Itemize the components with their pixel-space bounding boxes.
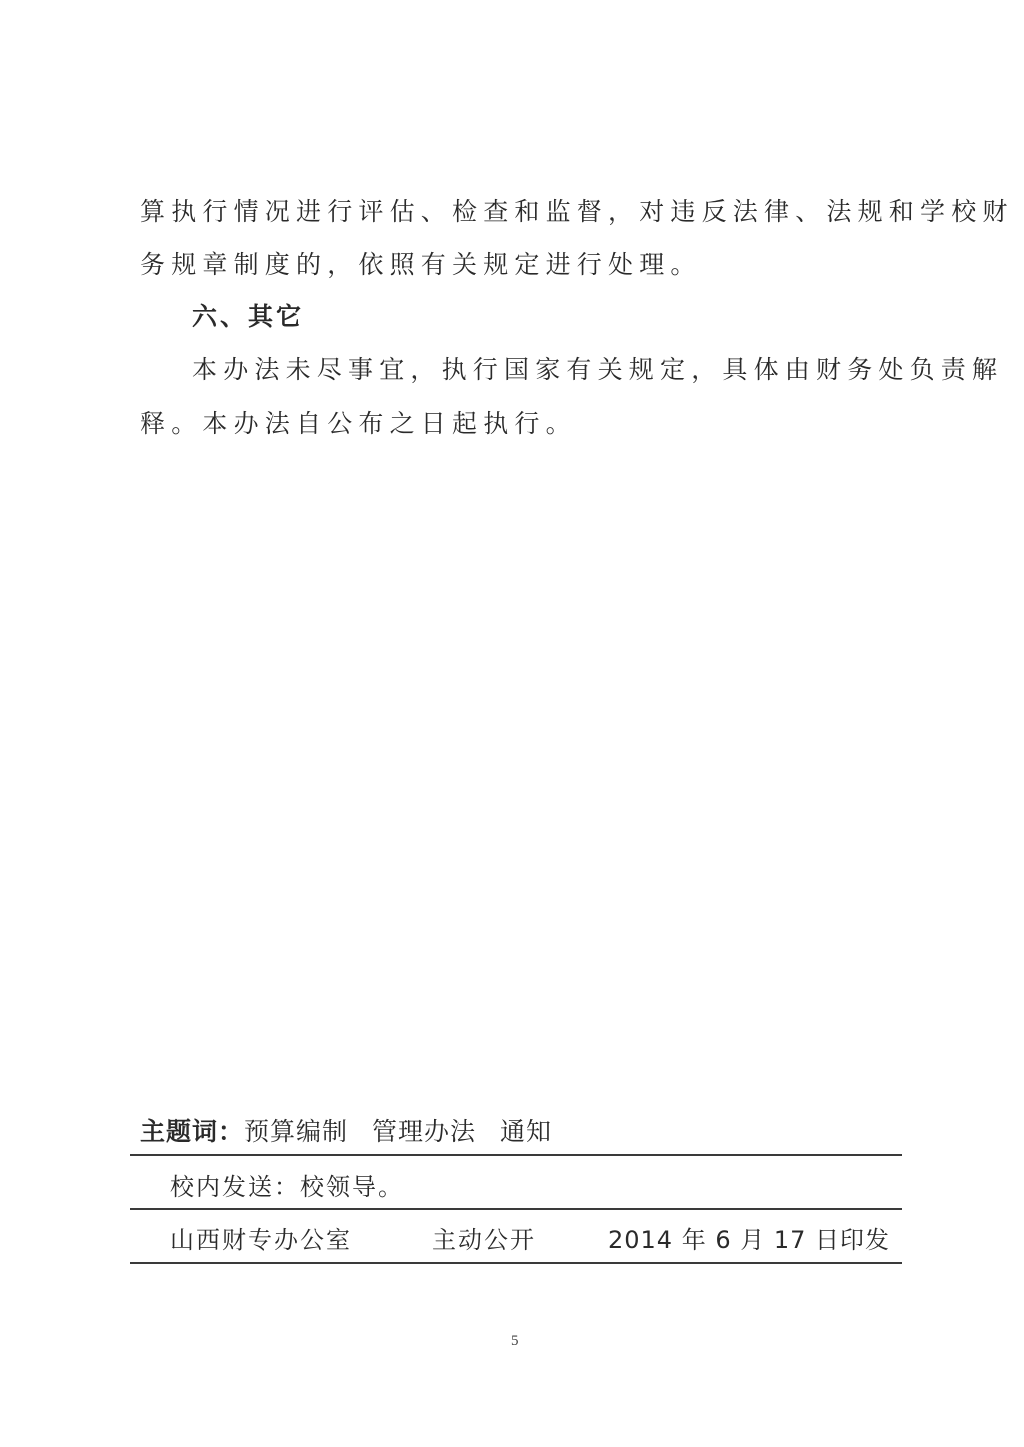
distribution: 校内发送：校领导。 bbox=[170, 1167, 404, 1202]
section-line-2: 释。本办法自公布之日起执行。 bbox=[140, 404, 577, 440]
divider bbox=[130, 1154, 902, 1156]
issue-date: 2014 年 6 月 17 日印发 bbox=[608, 1220, 890, 1255]
section-heading: 六、其它 bbox=[192, 297, 304, 333]
page-number: 5 bbox=[511, 1333, 519, 1350]
keyword: 预算编制 bbox=[244, 1117, 348, 1146]
section-line-1: 本办法未尽事宜，执行国家有关规定，具体由财务处负责解 bbox=[192, 350, 1003, 386]
keywords-row: 主题词：预算编制管理办法通知 bbox=[140, 1112, 552, 1148]
disclosure: 主动公开 bbox=[432, 1220, 536, 1255]
keywords-label: 主题词： bbox=[140, 1117, 244, 1146]
keyword: 通知 bbox=[500, 1117, 552, 1146]
divider bbox=[130, 1262, 902, 1264]
divider bbox=[130, 1208, 902, 1210]
keyword: 管理办法 bbox=[372, 1117, 476, 1146]
body-line-2: 务规章制度的，依照有关规定进行处理。 bbox=[140, 245, 702, 281]
issuer: 山西财专办公室 bbox=[170, 1220, 352, 1255]
body-line-1: 算执行情况进行评估、检查和监督，对违反法律、法规和学校财 bbox=[140, 192, 1014, 228]
